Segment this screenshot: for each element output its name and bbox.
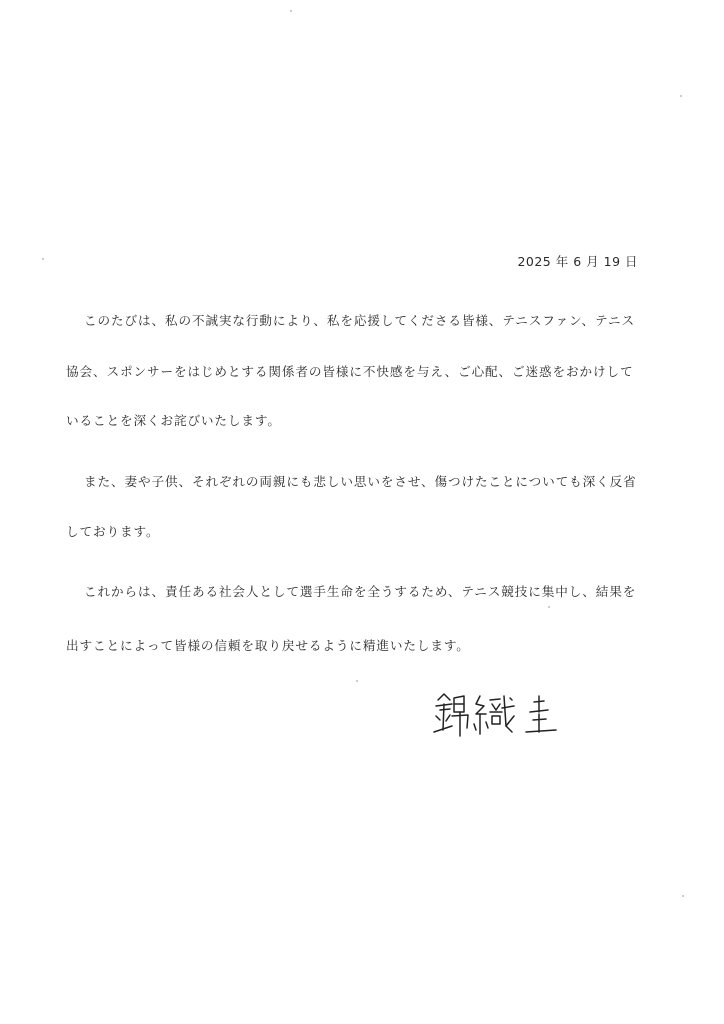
scan-speck xyxy=(682,895,684,897)
scan-speck xyxy=(548,606,550,608)
paragraph-1-line-3: いることを深くお詫びいたします。 xyxy=(66,413,281,429)
scan-speck xyxy=(356,680,358,682)
paragraph-2-line-2: しております。 xyxy=(66,524,159,540)
scan-speck xyxy=(42,258,44,260)
paragraph-2-line-1: また、妻や子供、それぞれの両親にも悲しい思いをさせ、傷つけたことについても深く反… xyxy=(84,474,637,490)
handwritten-signature xyxy=(430,690,560,740)
paragraph-3-line-1: これからは、責任ある社会人として選手生命を全うするため、テニス競技に集中し、結果… xyxy=(84,584,636,600)
scan-speck xyxy=(290,10,292,12)
letter-page: 2025 年 6 月 19 日 このたびは、私の不誠実な行動により、私を応援して… xyxy=(0,0,724,1024)
letter-date: 2025 年 6 月 19 日 xyxy=(517,252,638,270)
scan-speck xyxy=(680,95,682,97)
paragraph-3-line-2: 出すことによって皆様の信頼を取り戻せるように精進いたします。 xyxy=(66,638,470,654)
paragraph-1-line-1: このたびは、私の不誠実な行動により、私を応援してくださる皆様、テニスファン、テニ… xyxy=(84,313,635,329)
paragraph-1-line-2: 協会、スポンサーをはじめとする関係者の皆様に不快感を与え、ご心配、ご迷惑をおかけ… xyxy=(66,364,634,380)
